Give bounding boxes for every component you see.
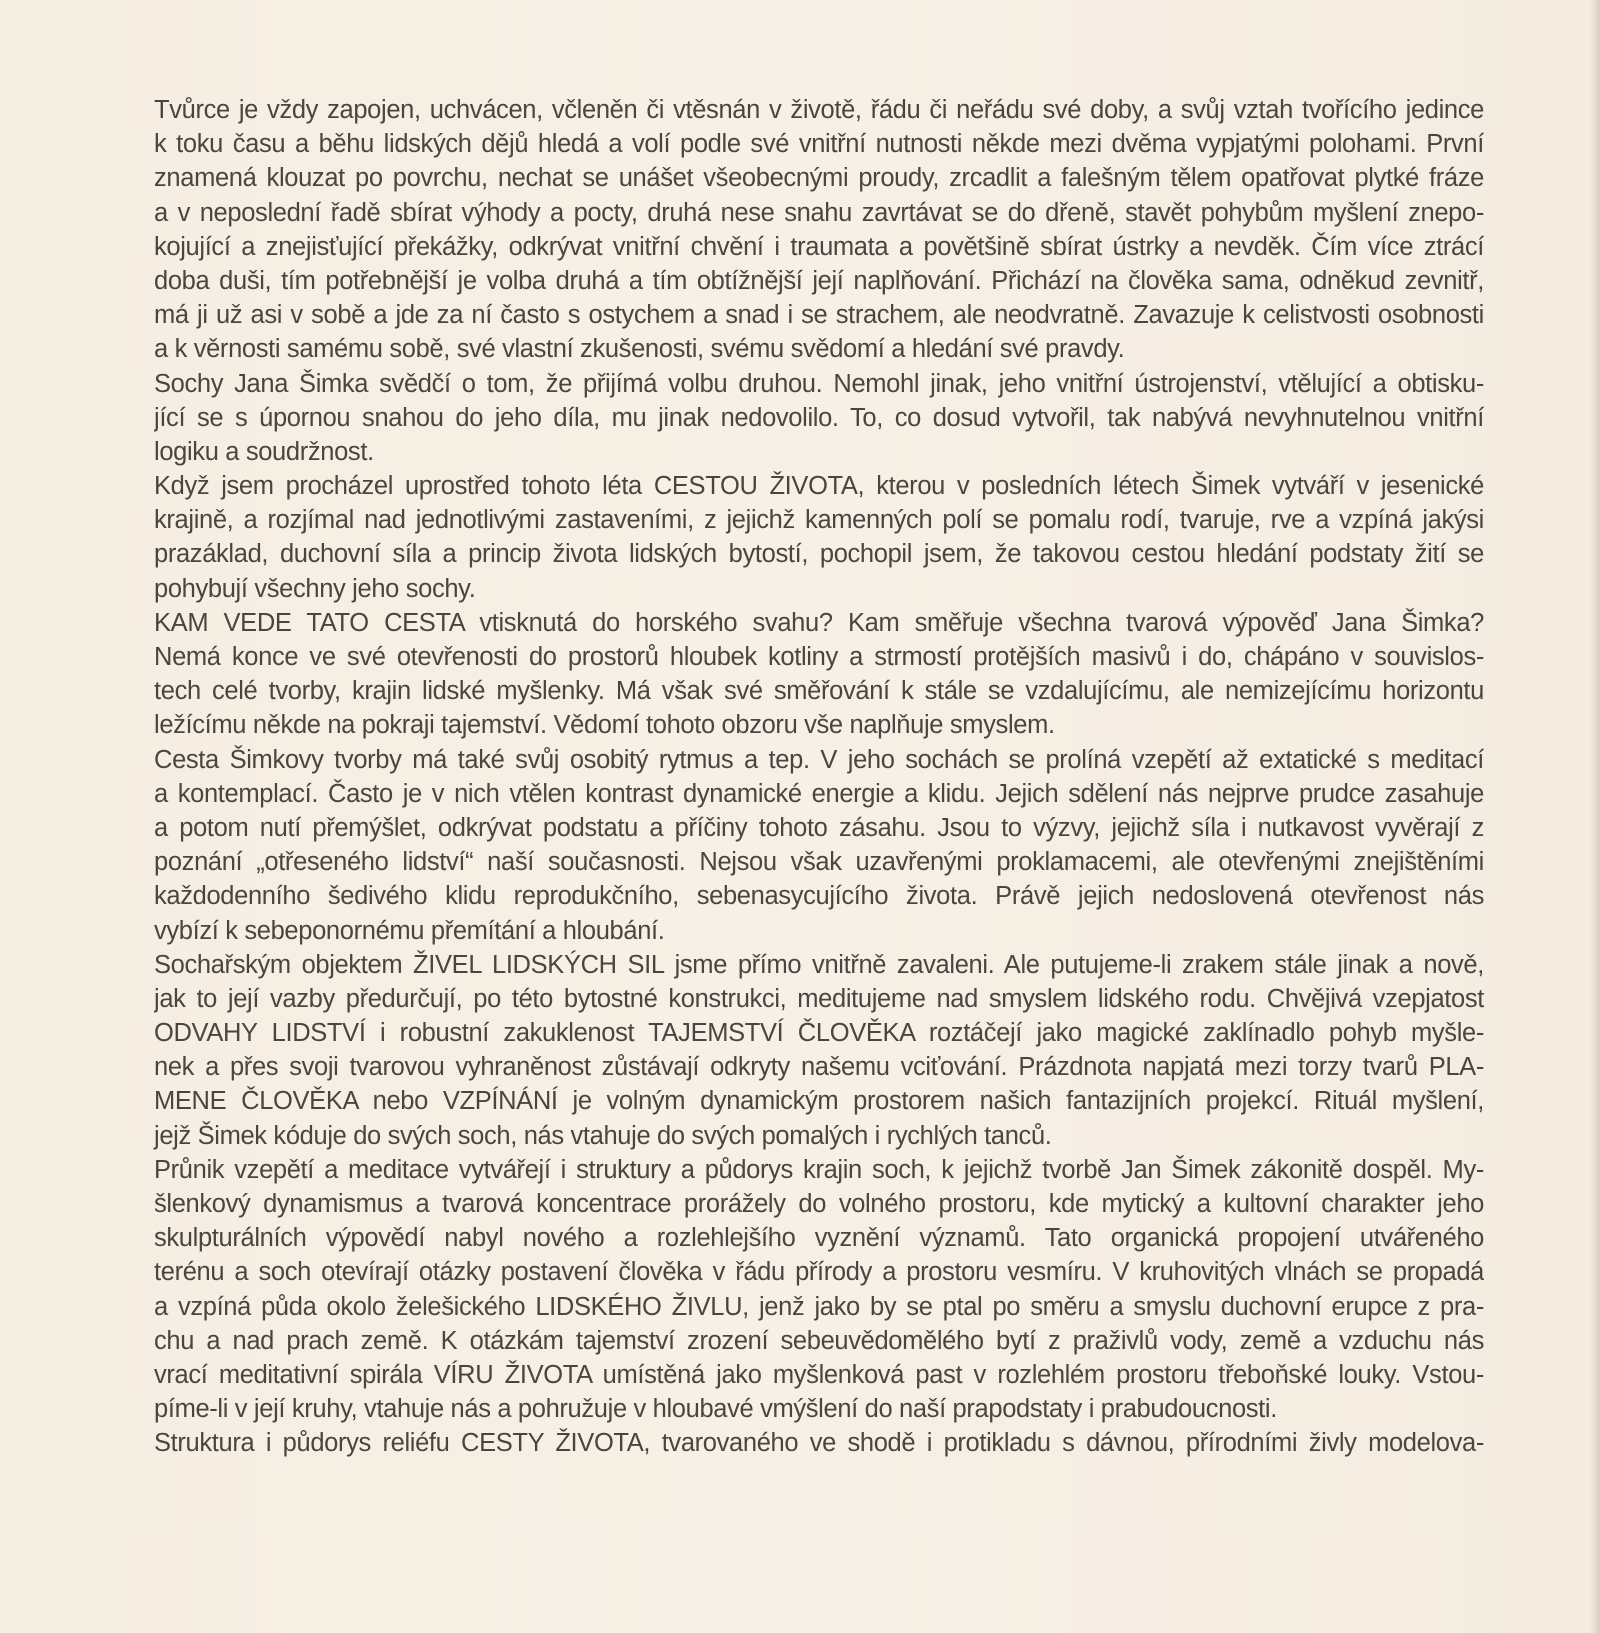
text-line: vybízí k sebeponornému přemítání a hloub… — [154, 914, 1484, 948]
text-line: pohybují všechny jeho sochy. — [154, 572, 1484, 606]
text-line: MENE ČLOVĚKA nebo VZPÍNÁNÍ je volným dyn… — [154, 1084, 1484, 1118]
text-line: kojující a znejisťující překážky, odkrýv… — [154, 230, 1484, 264]
text-line: nek a přes svoji tvarovou vyhraněnost zů… — [154, 1050, 1484, 1084]
text-line: tech celé tvorby, krajin lidské myšlenky… — [154, 674, 1484, 708]
text-line: krajině, a rozjímal nad jednotlivými zas… — [154, 503, 1484, 537]
text-line: skulpturálních výpovědí nabyl nového a r… — [154, 1221, 1484, 1255]
text-line: doba duši, tím potřebnější je volba druh… — [154, 264, 1484, 298]
text-line: a vzpíná půda okolo želešického LIDSKÉHO… — [154, 1290, 1484, 1324]
text-line: šlenkový dynamismus a tvarová koncentrac… — [154, 1187, 1484, 1221]
text-line: a kontemplací. Často je v nich vtělen ko… — [154, 777, 1484, 811]
text-line: chu a nad prach země. K otázkám tajemstv… — [154, 1324, 1484, 1358]
text-line: jící se s úpornou snahou do jeho díla, m… — [154, 401, 1484, 435]
text-line: Tvůrce je vždy zapojen, uchvácen, včleně… — [154, 93, 1484, 127]
text-line: každodenního šedivého klidu reprodukčníh… — [154, 879, 1484, 913]
text-line: k toku času a běhu lidských dějů hledá a… — [154, 127, 1484, 161]
text-line: Cesta Šimkovy tvorby má také svůj osobit… — [154, 743, 1484, 777]
body-text: Tvůrce je vždy zapojen, uchvácen, včleně… — [154, 93, 1484, 1461]
text-line: a k věrnosti samému sobě, své vlastní zk… — [154, 332, 1484, 366]
text-line: ODVAHY LIDSTVÍ i robustní zakuklenost TA… — [154, 1016, 1484, 1050]
document-page: Tvůrce je vždy zapojen, uchvácen, včleně… — [0, 0, 1600, 1633]
text-line: vrací meditativní spirála VÍRU ŽIVOTA um… — [154, 1358, 1484, 1392]
text-line: Nemá konce ve své otevřenosti do prostor… — [154, 640, 1484, 674]
text-line: Sochy Jana Šimka svědčí o tom, že přijím… — [154, 367, 1484, 401]
text-line: znamená klouzat po povrchu, nechat se un… — [154, 161, 1484, 195]
text-line: a v neposlední řadě sbírat výhody a poct… — [154, 196, 1484, 230]
text-line: jejž Šimek kóduje do svých soch, nás vta… — [154, 1119, 1484, 1153]
text-line: logiku a soudržnost. — [154, 435, 1484, 469]
text-line: píme-li v její kruhy, vtahuje nás a pohr… — [154, 1392, 1484, 1426]
page-edge-shadow — [1590, 0, 1600, 1633]
text-line: poznání „otřeseného lidství“ naší součas… — [154, 845, 1484, 879]
text-line: Sochařským objektem ŽIVEL LIDSKÝCH SIL j… — [154, 948, 1484, 982]
text-line: prazáklad, duchovní síla a princip život… — [154, 537, 1484, 571]
text-line: má ji už asi v sobě a jde za ní často s … — [154, 298, 1484, 332]
text-line: a potom nutí přemýšlet, odkrývat podstat… — [154, 811, 1484, 845]
text-line: Průnik vzepětí a meditace vytvářejí i st… — [154, 1153, 1484, 1187]
text-line: ležícímu někde na pokraji tajemství. Věd… — [154, 708, 1484, 742]
text-line: Když jsem procházel uprostřed tohoto lét… — [154, 469, 1484, 503]
text-line: Struktura i půdorys reliéfu CESTY ŽIVOTA… — [154, 1426, 1484, 1460]
text-line: jak to její vazby předurčují, po této by… — [154, 982, 1484, 1016]
text-line: KAM VEDE TATO CESTA vtisknutá do horskéh… — [154, 606, 1484, 640]
text-line: terénu a soch otevírají otázky postavení… — [154, 1255, 1484, 1289]
